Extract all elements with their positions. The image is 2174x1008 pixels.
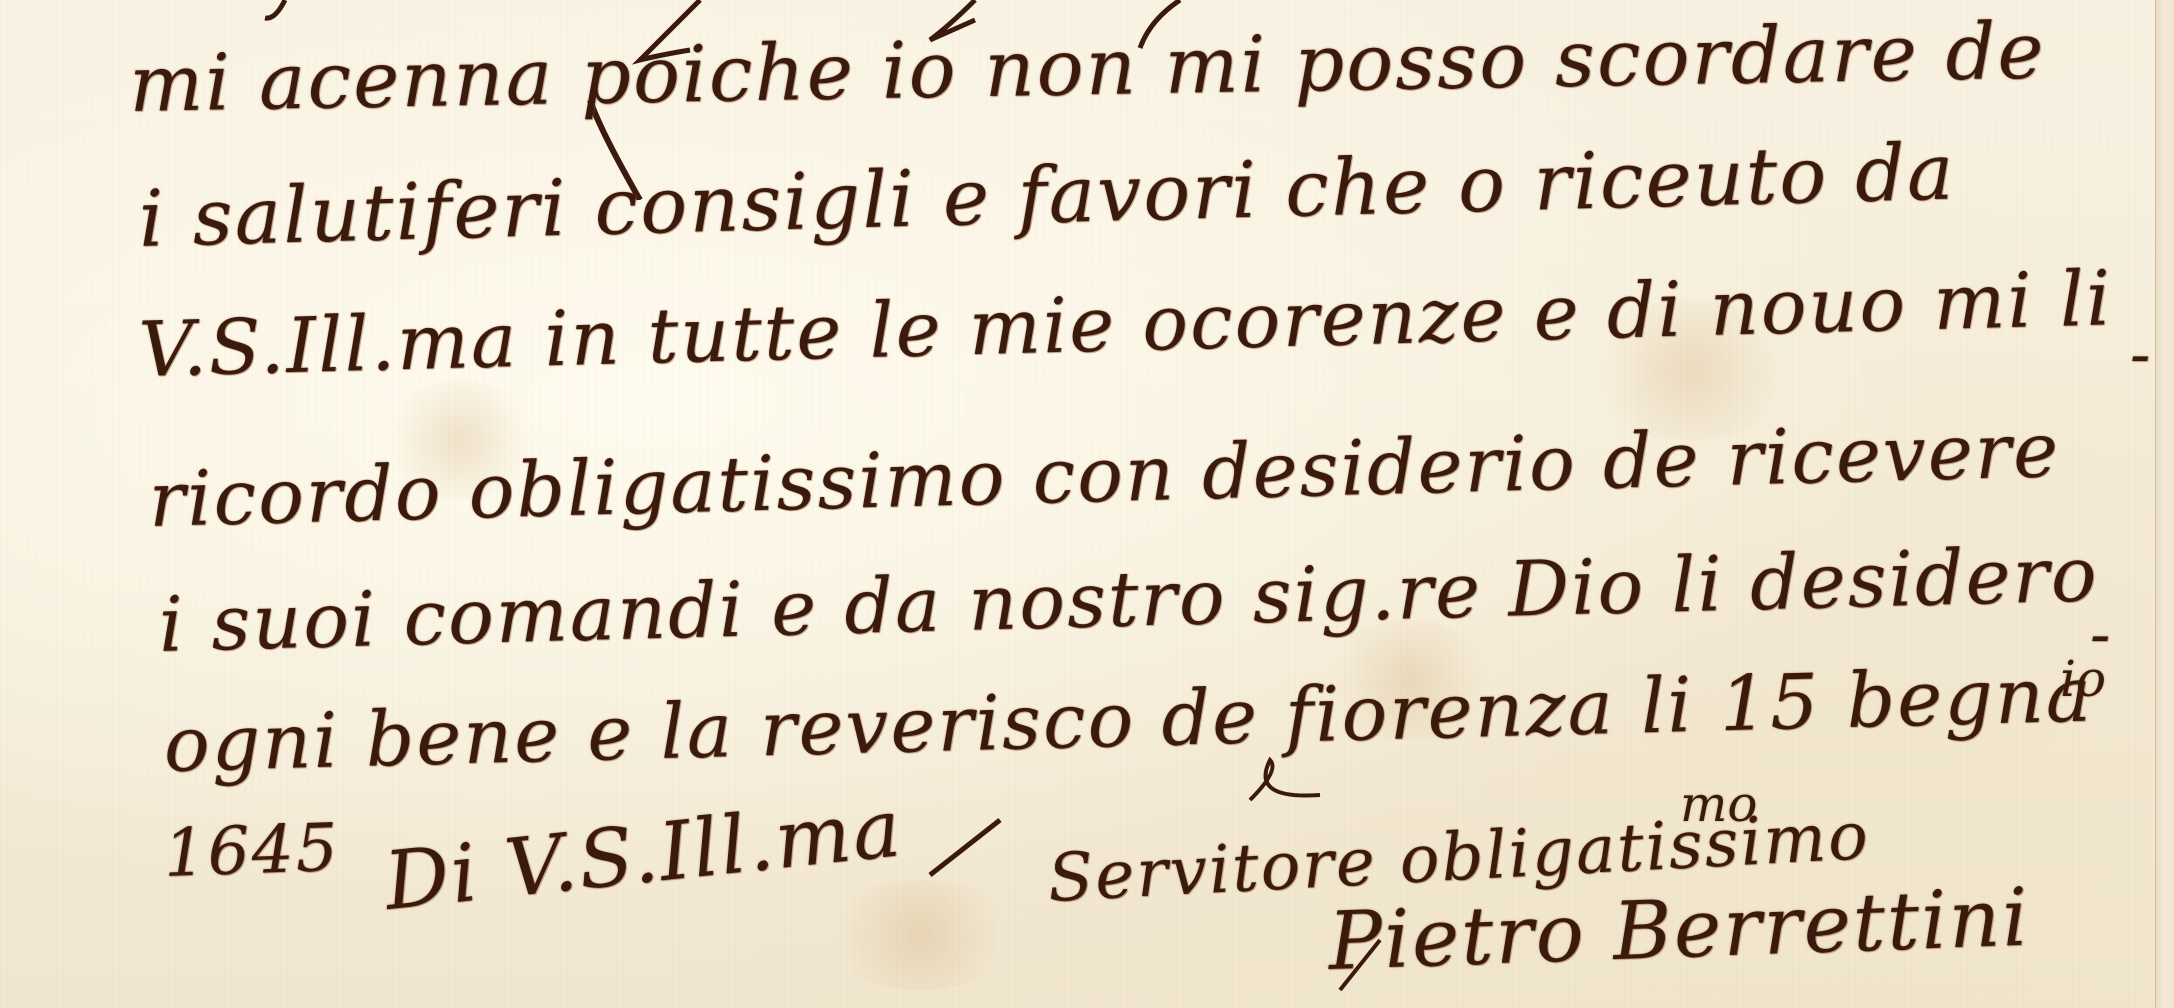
superscript-io: io xyxy=(2060,650,2106,708)
letter-date: 1645 xyxy=(162,809,341,892)
letter-page: mi acenna poiche io non mi posso scordar… xyxy=(0,0,2174,1008)
sheet-edge xyxy=(2155,0,2174,1008)
letter-line-2: i salutiferi consigli e favori che o ric… xyxy=(138,127,1957,265)
closing-salutation: Di V.S.Ill.ma xyxy=(380,781,906,928)
letter-line-6: ogni bene e la reverisco de fiorenza li … xyxy=(163,650,2094,789)
letter-line-5: i suoi comandi e da nostro sig.re Dio li… xyxy=(158,529,2100,669)
letter-line-1: mi acenna poiche io non mi posso scordar… xyxy=(128,7,2046,130)
line-end-mark: - xyxy=(2130,320,2152,390)
letter-line-3: V.S.Ill.ma in tutte le mie ocorenze e di… xyxy=(138,253,2114,394)
superscript-mo: mo xyxy=(1680,775,1758,833)
paper-stain xyxy=(820,880,1020,990)
